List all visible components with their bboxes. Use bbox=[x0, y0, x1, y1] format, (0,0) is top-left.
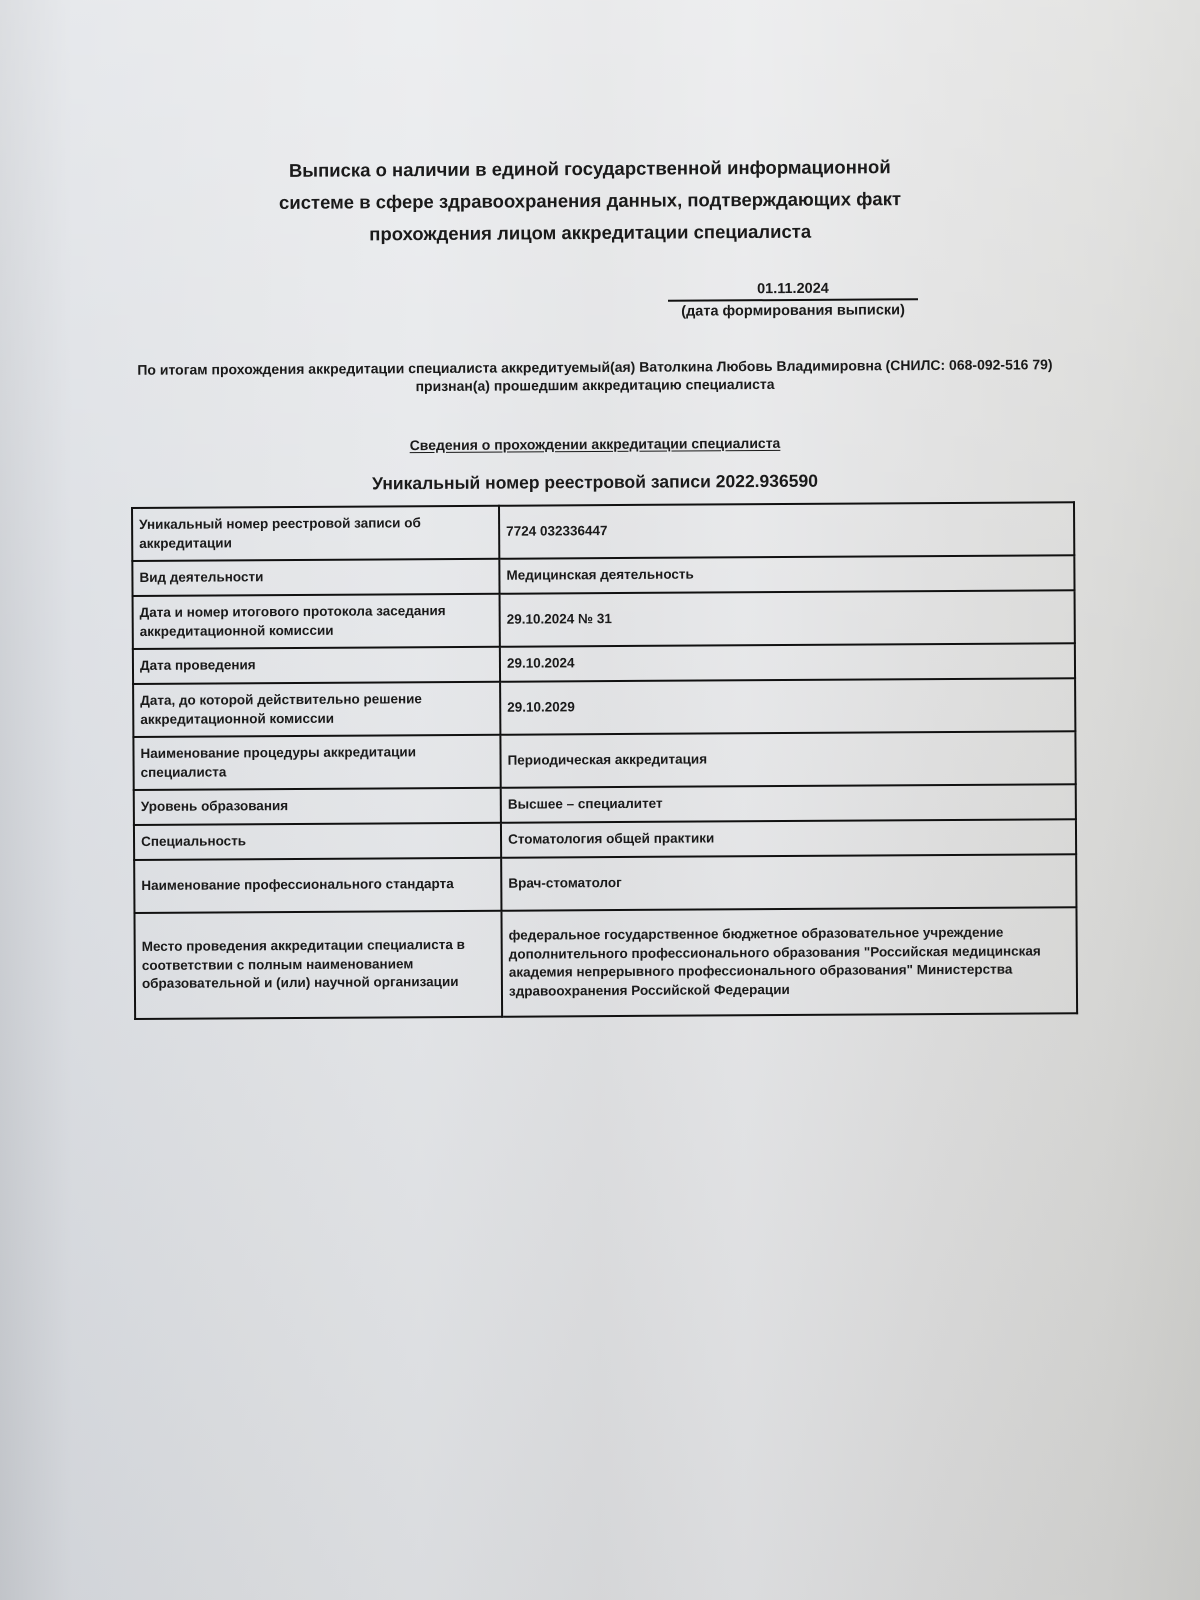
issue-date-caption: (дата формирования выписки) bbox=[668, 300, 918, 322]
table-row: Дата проведения 29.10.2024 bbox=[133, 643, 1075, 684]
issue-date: 01.11.2024 bbox=[668, 279, 918, 302]
section-heading: Сведения о прохождении аккредитации спец… bbox=[330, 434, 860, 453]
table-row: Дата, до которой действительно решение а… bbox=[133, 678, 1075, 737]
row-value: 29.10.2024 bbox=[500, 643, 1075, 682]
title-line: системе в сфере здравоохранения данных, … bbox=[240, 183, 940, 219]
title-line: прохождения лицом аккредитации специалис… bbox=[240, 215, 940, 251]
row-label: Наименование процедуры аккредитации спец… bbox=[133, 735, 500, 790]
table-row: Место проведения аккредитации специалист… bbox=[134, 907, 1077, 1019]
row-label: Место проведения аккредитации специалист… bbox=[134, 911, 502, 1019]
table-row: Специальность Стоматология общей практик… bbox=[134, 819, 1076, 860]
issue-date-block: 01.11.2024 (дата формирования выписки) bbox=[668, 279, 918, 322]
table-row: Вид деятельности Медицинская деятельност… bbox=[132, 555, 1074, 596]
row-value: Периодическая аккредитация bbox=[500, 731, 1075, 788]
row-value: 29.10.2029 bbox=[500, 678, 1075, 735]
row-value: Врач-стоматолог bbox=[501, 854, 1076, 911]
row-value: 7724 032336447 bbox=[499, 502, 1074, 559]
row-label: Дата проведения bbox=[133, 647, 500, 684]
row-label: Дата и номер итогового протокола заседан… bbox=[133, 594, 500, 649]
row-label: Уникальный номер реестровой записи об ак… bbox=[132, 506, 499, 561]
row-label: Наименование профессионального стандарта bbox=[134, 858, 501, 913]
table-row: Наименование процедуры аккредитации спец… bbox=[133, 731, 1075, 790]
table-row: Уникальный номер реестровой записи об ак… bbox=[132, 502, 1074, 561]
row-value: Медицинская деятельность bbox=[499, 555, 1074, 594]
record-number-heading: Уникальный номер реестровой записи 2022.… bbox=[300, 470, 890, 495]
title-line: Выписка о наличии в единой государственн… bbox=[240, 151, 940, 187]
accreditation-table: Уникальный номер реестровой записи об ак… bbox=[131, 501, 1078, 1020]
row-label: Вид деятельности bbox=[132, 559, 499, 596]
row-value: федеральное государственное бюджетное об… bbox=[501, 907, 1077, 1017]
row-label: Дата, до которой действительно решение а… bbox=[133, 682, 500, 737]
row-value: 29.10.2024 № 31 bbox=[500, 590, 1075, 647]
row-label: Специальность bbox=[134, 823, 501, 860]
table-row: Дата и номер итогового протокола заседан… bbox=[133, 590, 1075, 649]
table-row: Наименование профессионального стандарта… bbox=[134, 854, 1076, 913]
row-value: Стоматология общей практики bbox=[501, 819, 1076, 858]
row-label: Уровень образования bbox=[134, 788, 501, 825]
row-value: Высшее – специалитет bbox=[501, 784, 1076, 823]
table-row: Уровень образования Высшее – специалитет bbox=[134, 784, 1076, 825]
document-title: Выписка о наличии в единой государственн… bbox=[240, 151, 941, 251]
intro-text: По итогам прохождения аккредитации специ… bbox=[115, 355, 1075, 397]
